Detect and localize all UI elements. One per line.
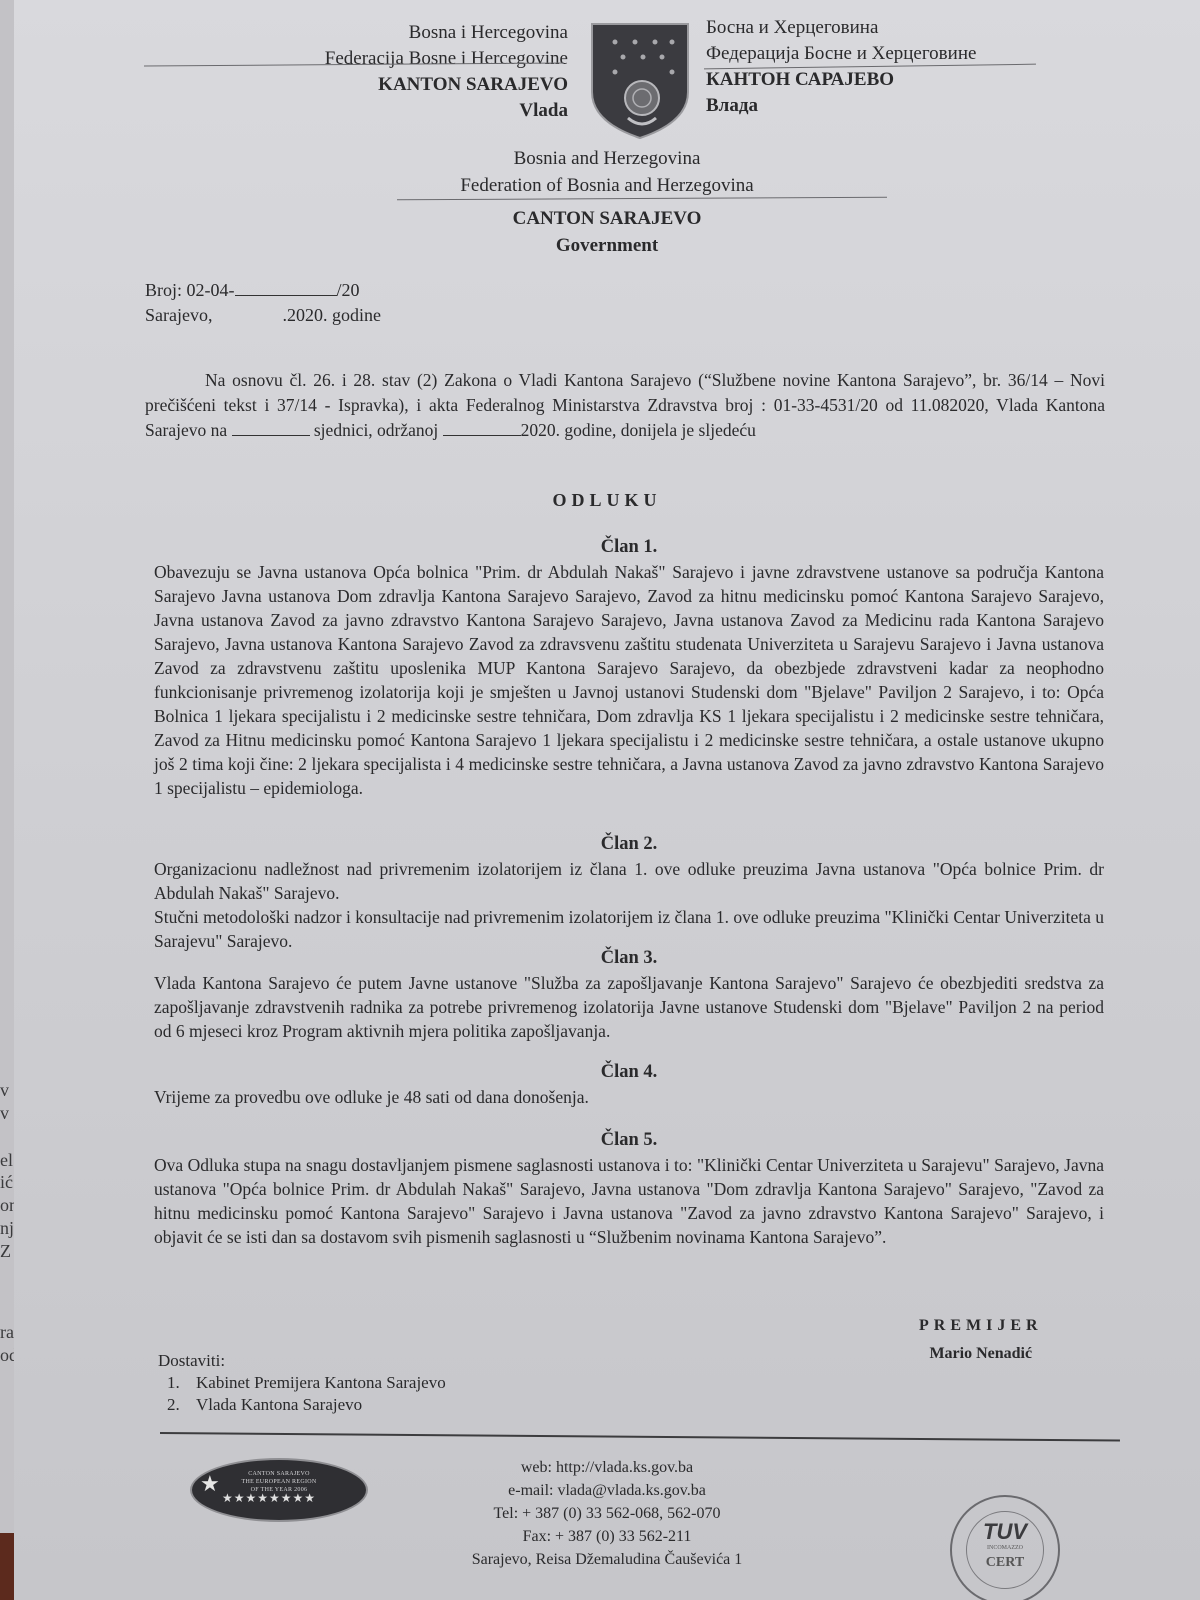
header-federation-cyr: Федерација Босне и Херцеговине [706, 41, 976, 67]
tuv-certification-seal-icon: TUV INCOMAZZO CERT [950, 1495, 1060, 1600]
article-paragraph: Obavezuju se Javna ustanova Opća bolnica… [154, 560, 1104, 800]
article-4: Član 4. Vrijeme za provedbu ove odluke j… [154, 1060, 1104, 1109]
article-3: Član 3. Vlada Kantona Sarajevo će putem … [154, 946, 1104, 1043]
preamble-text-2: sjednici, održanoj [314, 420, 438, 440]
article-heading: Član 5. [154, 1128, 1104, 1153]
header-government-en: Government [14, 232, 1200, 259]
cert-brand: TUV [952, 1519, 1058, 1545]
reference-number-suffix: /20 [337, 280, 360, 300]
delivery-list: Dostaviti: Kabinet Premijera Kantona Sar… [158, 1350, 446, 1416]
article-5: Član 5. Ova Odluka stupa na snagu dostav… [154, 1128, 1104, 1249]
underpage-fragment: ić [0, 1172, 13, 1193]
document-title: ODLUKU [14, 490, 1200, 511]
header-country: Bosna i Hercegovina [325, 20, 568, 46]
delivery-item: Kabinet Premijera Kantona Sarajevo [184, 1372, 446, 1394]
underlying-page-edge: v v el ić on nj Z ra od [0, 0, 15, 1600]
header-federation-en: Federation of Bosnia and Herzegovina [14, 172, 1200, 199]
header-government: Vlada [325, 98, 568, 124]
header-left-latin: Bosna i Hercegovina Federacija Bosne i H… [325, 20, 568, 124]
underpage-fragment: el [0, 1150, 13, 1171]
underpage-fragment: v [0, 1080, 9, 1101]
document-reference: Broj: 02-04-/20 Sarajevo,.2020. godine [145, 278, 381, 328]
header-english: Bosnia and Herzegovina Federation of Bos… [14, 145, 1200, 199]
underpage-fragment: ra [0, 1322, 14, 1343]
underpage-fragment: Z [0, 1241, 11, 1262]
header-government-cyr: Влада [706, 93, 976, 119]
place: Sarajevo, [145, 305, 212, 325]
header-canton: KANTON SARAJEVO [325, 72, 568, 98]
signature-block: PREMIJER Mario Nenadić [919, 1312, 1043, 1368]
article-paragraph: Organizacionu nadležnost nad privremenim… [154, 857, 1104, 905]
header-english-bold: CANTON SARAJEVO Government [14, 205, 1200, 259]
reference-number-prefix: Broj: 02-04- [145, 280, 235, 300]
cert-label: CERT [952, 1555, 1058, 1571]
document-page: Bosna i Hercegovina Federacija Bosne i H… [14, 0, 1200, 1600]
article-paragraph: Vlada Kantona Sarajevo će putem Javne us… [154, 971, 1104, 1043]
article-paragraph: Vrijeme za provedbu ove odluke je 48 sat… [154, 1085, 1104, 1109]
cert-sub: INCOMAZZO [952, 1545, 1058, 1551]
article-heading: Član 3. [154, 946, 1104, 971]
header-country-en: Bosnia and Herzegovina [14, 145, 1200, 172]
article-heading: Član 4. [154, 1060, 1104, 1085]
signatory-name: Mario Nenadić [919, 1340, 1043, 1368]
session-blank [232, 421, 310, 436]
header-country-cyr: Босна и Херцеговина [706, 15, 976, 41]
header-federation: Federacija Bosne i Hercegovine [325, 46, 568, 72]
date: .2020. godine [282, 305, 381, 325]
header-canton-cyr: КАНТОН САРАЈЕВО [706, 67, 976, 93]
delivery-label: Dostaviti: [158, 1350, 446, 1372]
article-2: Član 2. Organizacionu nadležnost nad pri… [154, 832, 1104, 953]
signatory-role: PREMIJER [919, 1312, 1043, 1340]
preamble-text-3: 2020. godine, donijela je sljedeću [521, 420, 756, 440]
delivery-item: Vlada Kantona Sarajevo [184, 1394, 446, 1416]
article-paragraph: Ova Odluka stupa na snagu dostavljanjem … [154, 1153, 1104, 1249]
date-blank [443, 421, 521, 436]
underpage-fragment: v [0, 1103, 9, 1124]
contact-web: web: http://vlada.ks.gov.ba [14, 1456, 1200, 1479]
coat-of-arms-icon [590, 22, 690, 140]
background-surface [0, 1533, 14, 1600]
reference-number-blank [235, 279, 337, 296]
header-canton-en: CANTON SARAJEVO [14, 205, 1200, 232]
preamble: Na osnovu čl. 26. i 28. stav (2) Zakona … [145, 368, 1105, 443]
article-heading: Član 2. [154, 832, 1104, 857]
underpage-fragment: nj [0, 1218, 14, 1239]
article-heading: Član 1. [154, 535, 1104, 560]
footer-rule [160, 1432, 1120, 1442]
article-1: Član 1. Obavezuju se Javna ustanova Opća… [154, 535, 1104, 800]
